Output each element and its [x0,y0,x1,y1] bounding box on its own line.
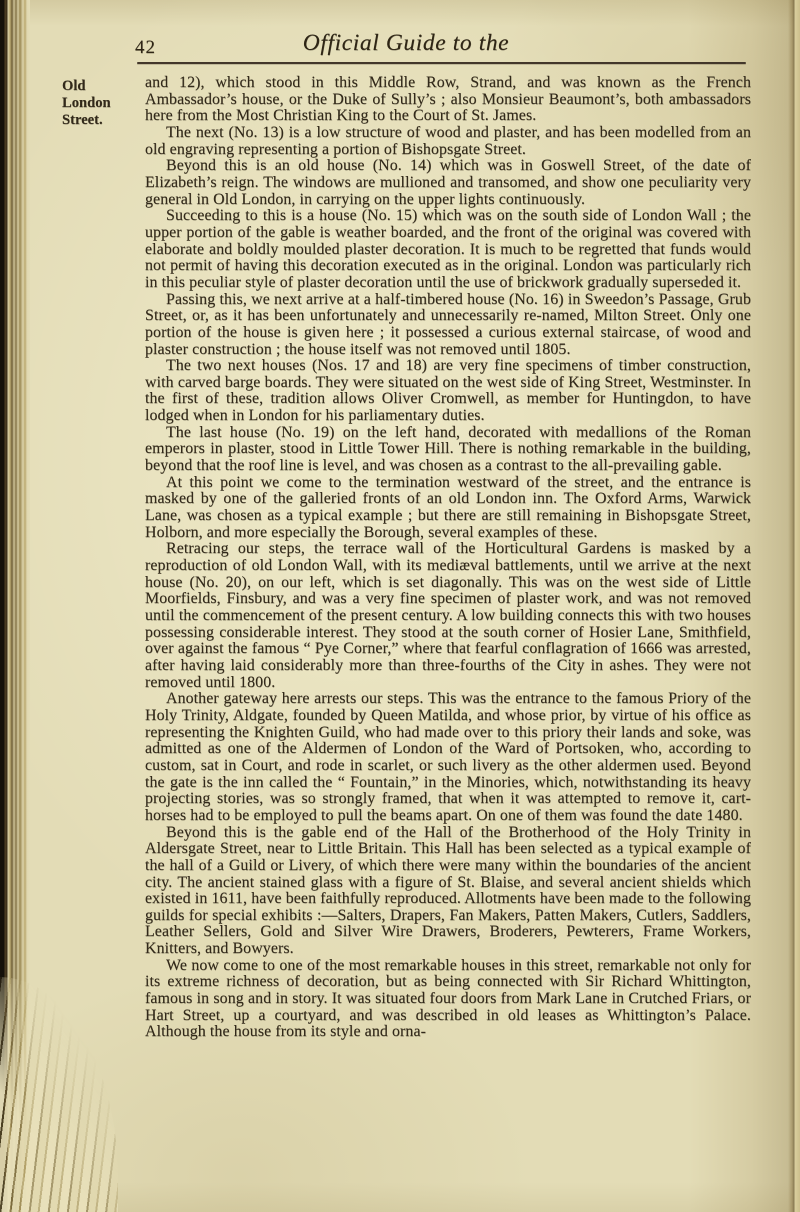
book-page-scan: 42 Official Guide to the Old London Stre… [0,0,800,1212]
margin-note: Old London Street. [62,78,140,129]
paragraph: At this point we come to the termination… [145,475,751,542]
margin-note-line: Street. [62,112,140,129]
paragraph: We now come to one of the most remarkabl… [145,958,751,1041]
paragraph: The last house (No. 19) on the left hand… [145,425,751,475]
paragraph: Beyond this is the gable end of the Hall… [145,825,751,958]
running-title: Official Guide to the [303,30,509,56]
paragraph: Retracing our steps, the terrace wall of… [145,541,751,691]
margin-note-line: Old [62,78,140,95]
running-header: Official Guide to the [62,30,750,57]
paragraph: Passing this, we next arrive at a half-t… [145,292,751,359]
paragraph: The next (No. 13) is a low structure of … [145,125,751,158]
paragraph: Beyond this is an old house (No. 14) whi… [145,158,751,208]
paragraph: Another gateway here arrests our steps. … [145,691,751,824]
header-rule [137,62,746,64]
margin-note-line: London [62,95,140,112]
paragraph: and 12), which stood in this Middle Row,… [145,75,751,125]
paragraph: The two next houses (Nos. 17 and 18) are… [145,358,751,425]
page-content: 42 Official Guide to the Old London Stre… [0,0,800,1212]
paragraph: Succeeding to this is a house (No. 15) w… [145,208,751,291]
page-body-text: and 12), which stood in this Middle Row,… [145,75,751,1165]
